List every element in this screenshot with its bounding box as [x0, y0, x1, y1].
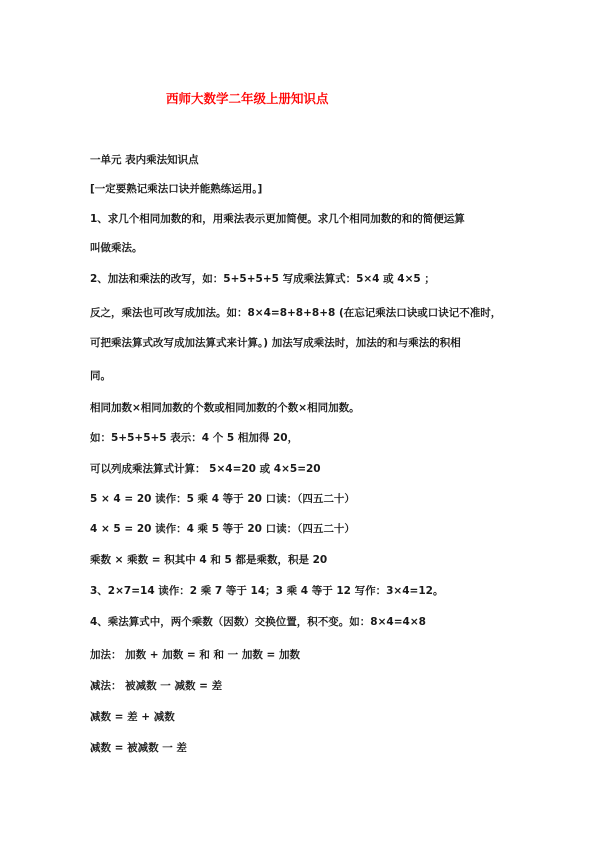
paragraph-line: 减数 = 被减数 一 差: [90, 741, 187, 755]
paragraph-line: 1、求几个相同加数的和，用乘法表示更加简便。求几个相同加数的和的简便运算: [90, 212, 465, 226]
document-page: 西师大数学二年级上册知识点 一单元 表内乘法知识点 [一定要熟记乘法口诀并能熟练…: [0, 0, 595, 842]
paragraph-line: 加法： 加数 + 加数 = 和 和 一 加数 = 加数: [90, 648, 300, 662]
paragraph-line: 减数 = 差 + 减数: [90, 710, 175, 724]
paragraph-line: 减法： 被减数 一 减数 = 差: [90, 679, 222, 693]
paragraph-line: 乘数 × 乘数 = 积其中 4 和 5 都是乘数，积是 20: [90, 553, 327, 567]
paragraph-line: 如：5+5+5+5 表示：4 个 5 相加得 20，: [90, 431, 298, 445]
paragraph-line: 可以列成乘法算式计算： 5×4=20 或 4×5=20: [90, 462, 321, 476]
paragraph-line: 4、乘法算式中，两个乘数（因数）交换位置，积不变。如：8×4=4×8: [90, 615, 426, 629]
paragraph-line: 2、加法和乘法的改写，如：5+5+5+5 写成乘法算式：5×4 或 4×5 ；: [90, 272, 435, 286]
paragraph-line: 5 × 4 = 20 读作：5 乘 4 等于 20 口读：（四五二十）: [90, 492, 355, 506]
memorize-note: [一定要熟记乘法口诀并能熟练运用。]: [90, 182, 262, 196]
paragraph-line: 叫做乘法。: [90, 241, 143, 255]
paragraph-line: 可把乘法算式改写成加法算式来计算。) 加法写成乘法时，加法的和与乘法的积相: [90, 336, 461, 350]
paragraph-line: 相同加数×相同加数的个数或相同加数的个数×相同加数。: [90, 401, 360, 415]
paragraph-line: 同。: [90, 369, 111, 383]
paragraph-line: 4 × 5 = 20 读作：4 乘 5 等于 20 口读：（四五二十）: [90, 522, 355, 536]
paragraph-line: 反之，乘法也可改写成加法。如：8×4=8+8+8+8 (在忘记乘法口诀或口诀记不…: [90, 306, 501, 320]
unit-heading: 一单元 表内乘法知识点: [90, 153, 199, 167]
paragraph-line: 3、2×7=14 读作：2 乘 7 等于 14；3 乘 4 等于 12 写作：3…: [90, 584, 443, 598]
document-title: 西师大数学二年级上册知识点: [166, 89, 329, 107]
